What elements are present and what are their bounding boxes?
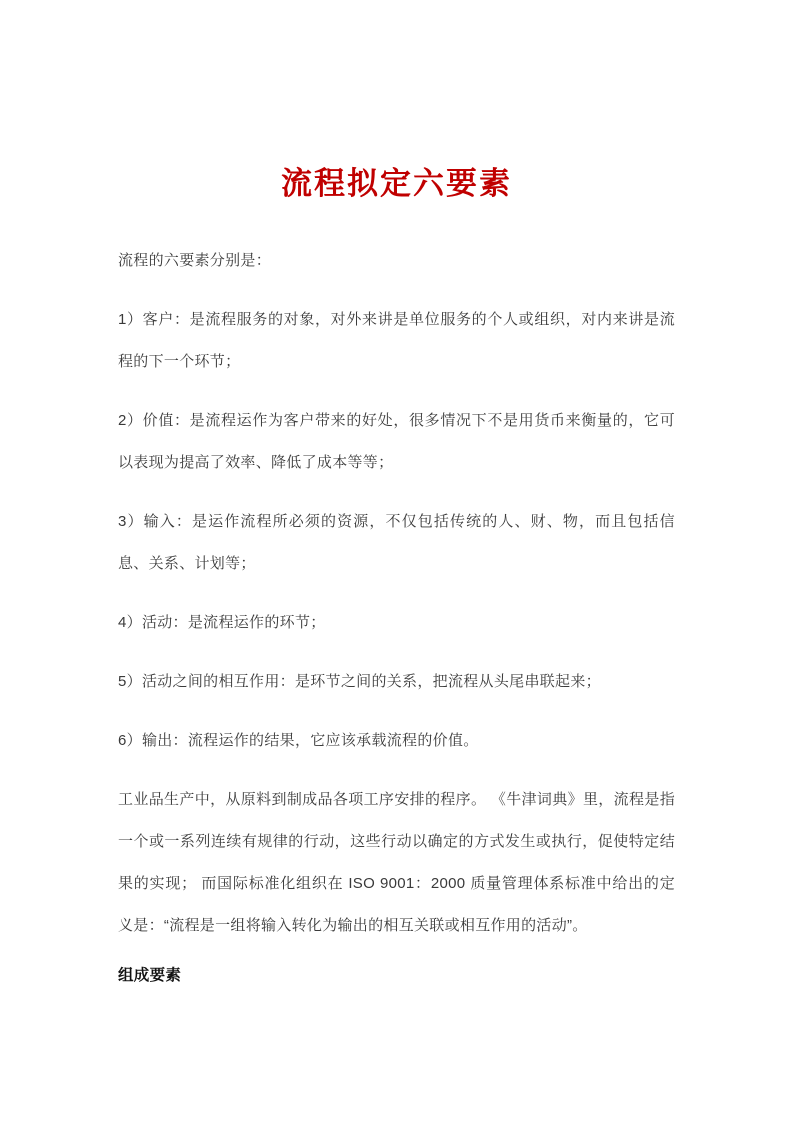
- list-item-5-interaction: 5）活动之间的相互作用：是环节之间的关系，把流程从头尾串联起来；: [118, 661, 675, 703]
- intro-line: 流程的六要素分别是：: [118, 240, 675, 282]
- list-item-4-activity: 4）活动：是流程运作的环节；: [118, 602, 675, 644]
- list-item-2-value: 2）价值：是流程运作为客户带来的好处，很多情况下不是用货币来衡量的，它可以表现为…: [118, 400, 675, 484]
- list-item-1-customer: 1）客户：是流程服务的对象，对外来讲是单位服务的个人或组织，对内来讲是流程的下一…: [118, 299, 675, 383]
- document-page: 流程拟定六要素 流程的六要素分别是： 1）客户：是流程服务的对象，对外来讲是单位…: [0, 0, 793, 1122]
- list-item-3-input: 3）输入：是运作流程所必须的资源，不仅包括传统的人、财、物，而且包括信息、关系、…: [118, 501, 675, 585]
- document-title: 流程拟定六要素: [118, 163, 675, 205]
- definition-paragraph: 工业品生产中，从原料到制成品各项工序安排的程序。 《牛津词典》里，流程是指一个或…: [118, 779, 675, 947]
- list-item-6-output: 6）输出：流程运作的结果，它应该承载流程的价值。: [118, 720, 675, 762]
- section-heading-components: 组成要素: [118, 964, 675, 988]
